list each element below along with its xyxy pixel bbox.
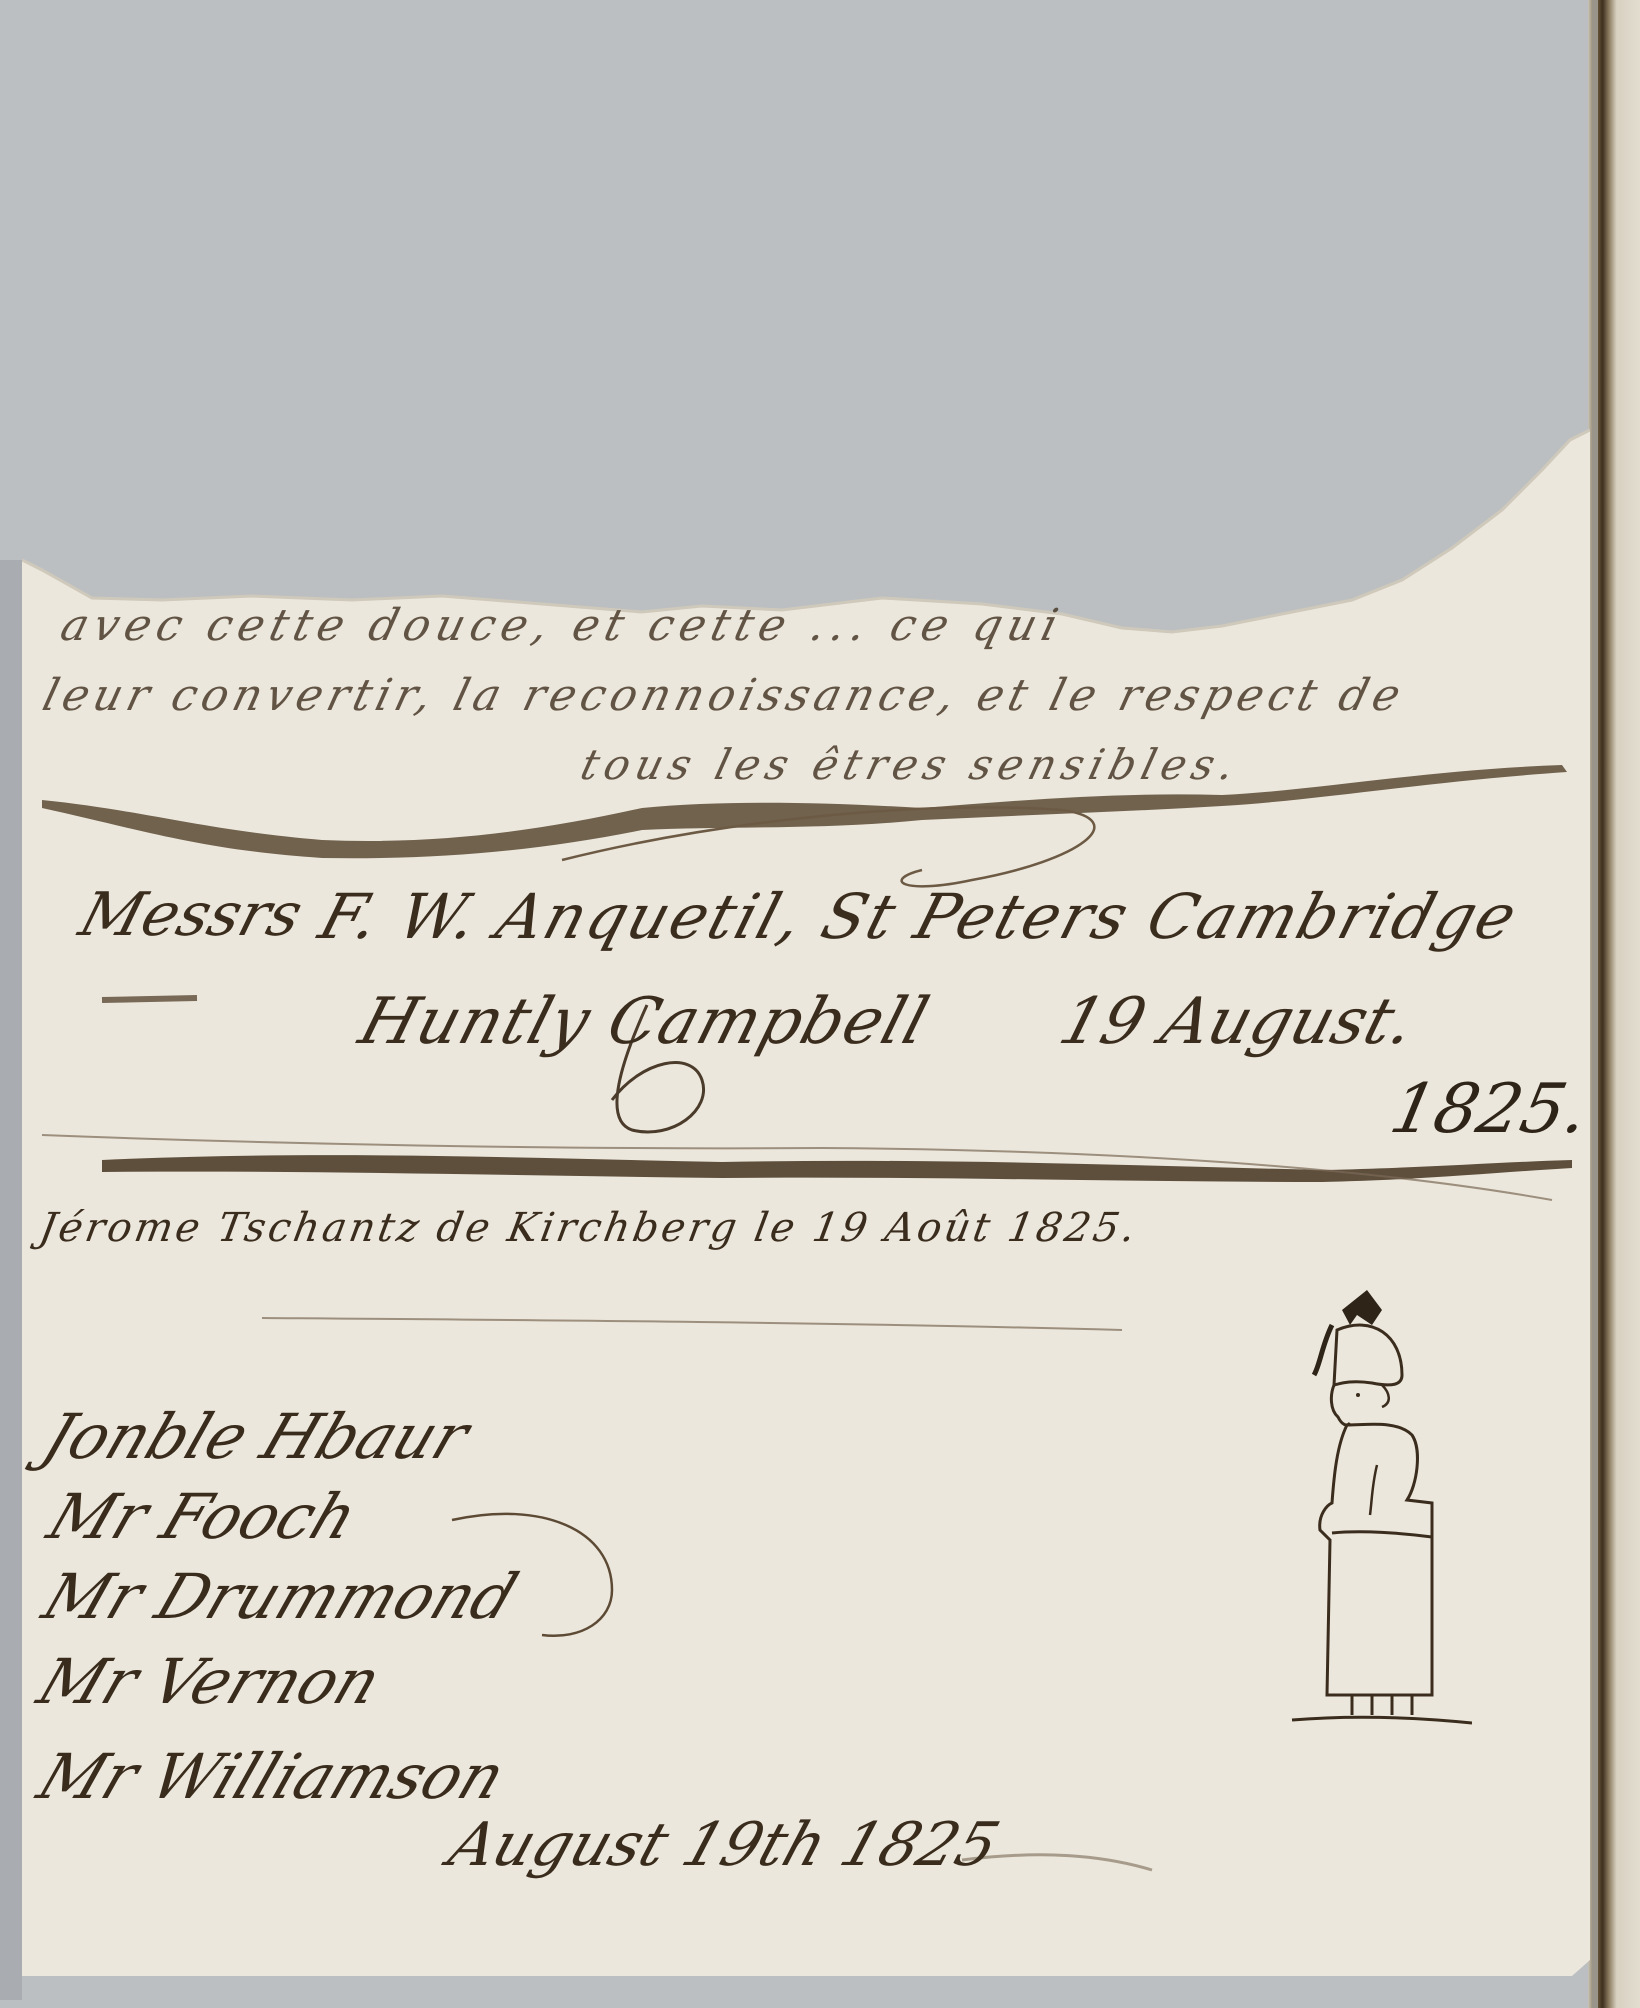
signature-1: Jonble Hbaur xyxy=(34,1400,479,1473)
mount-left-edge xyxy=(0,560,22,2000)
signature-3: Mr Drummond xyxy=(34,1560,527,1633)
french-passage-line-3: tous les êtres sensibles. xyxy=(576,740,1246,789)
entry-1-year: 1825. xyxy=(1384,1070,1595,1149)
anquetil-signature-line: F. W. Anquetil, St Peters Cambridge xyxy=(312,880,1527,953)
french-passage-line-2: leur convertir, la reconnoissance, et le… xyxy=(38,670,1411,721)
signature-2: Mr Fooch xyxy=(39,1480,367,1553)
signature-5: Mr Williamson xyxy=(29,1740,515,1813)
binding-crease xyxy=(1592,0,1598,2008)
signatures-date: August 19th 1825 xyxy=(441,1810,1008,1880)
french-passage-line-1: avec cette douce, et cette ... ce qui xyxy=(56,600,1069,651)
campbell-signature: Huntly Campbell xyxy=(351,985,937,1059)
messrs-prefix: Messrs xyxy=(72,880,310,950)
torn-manuscript-page: avec cette douce, et cette ... ce qui le… xyxy=(22,0,1590,1980)
figure-sketch-icon xyxy=(1272,1275,1472,1725)
entry-1-date: 19 August. xyxy=(1051,985,1423,1059)
signature-4: Mr Vernon xyxy=(29,1645,391,1718)
tschantz-signature-line: Jérome Tschantz de Kirchberg le 19 Août … xyxy=(36,1205,1142,1251)
